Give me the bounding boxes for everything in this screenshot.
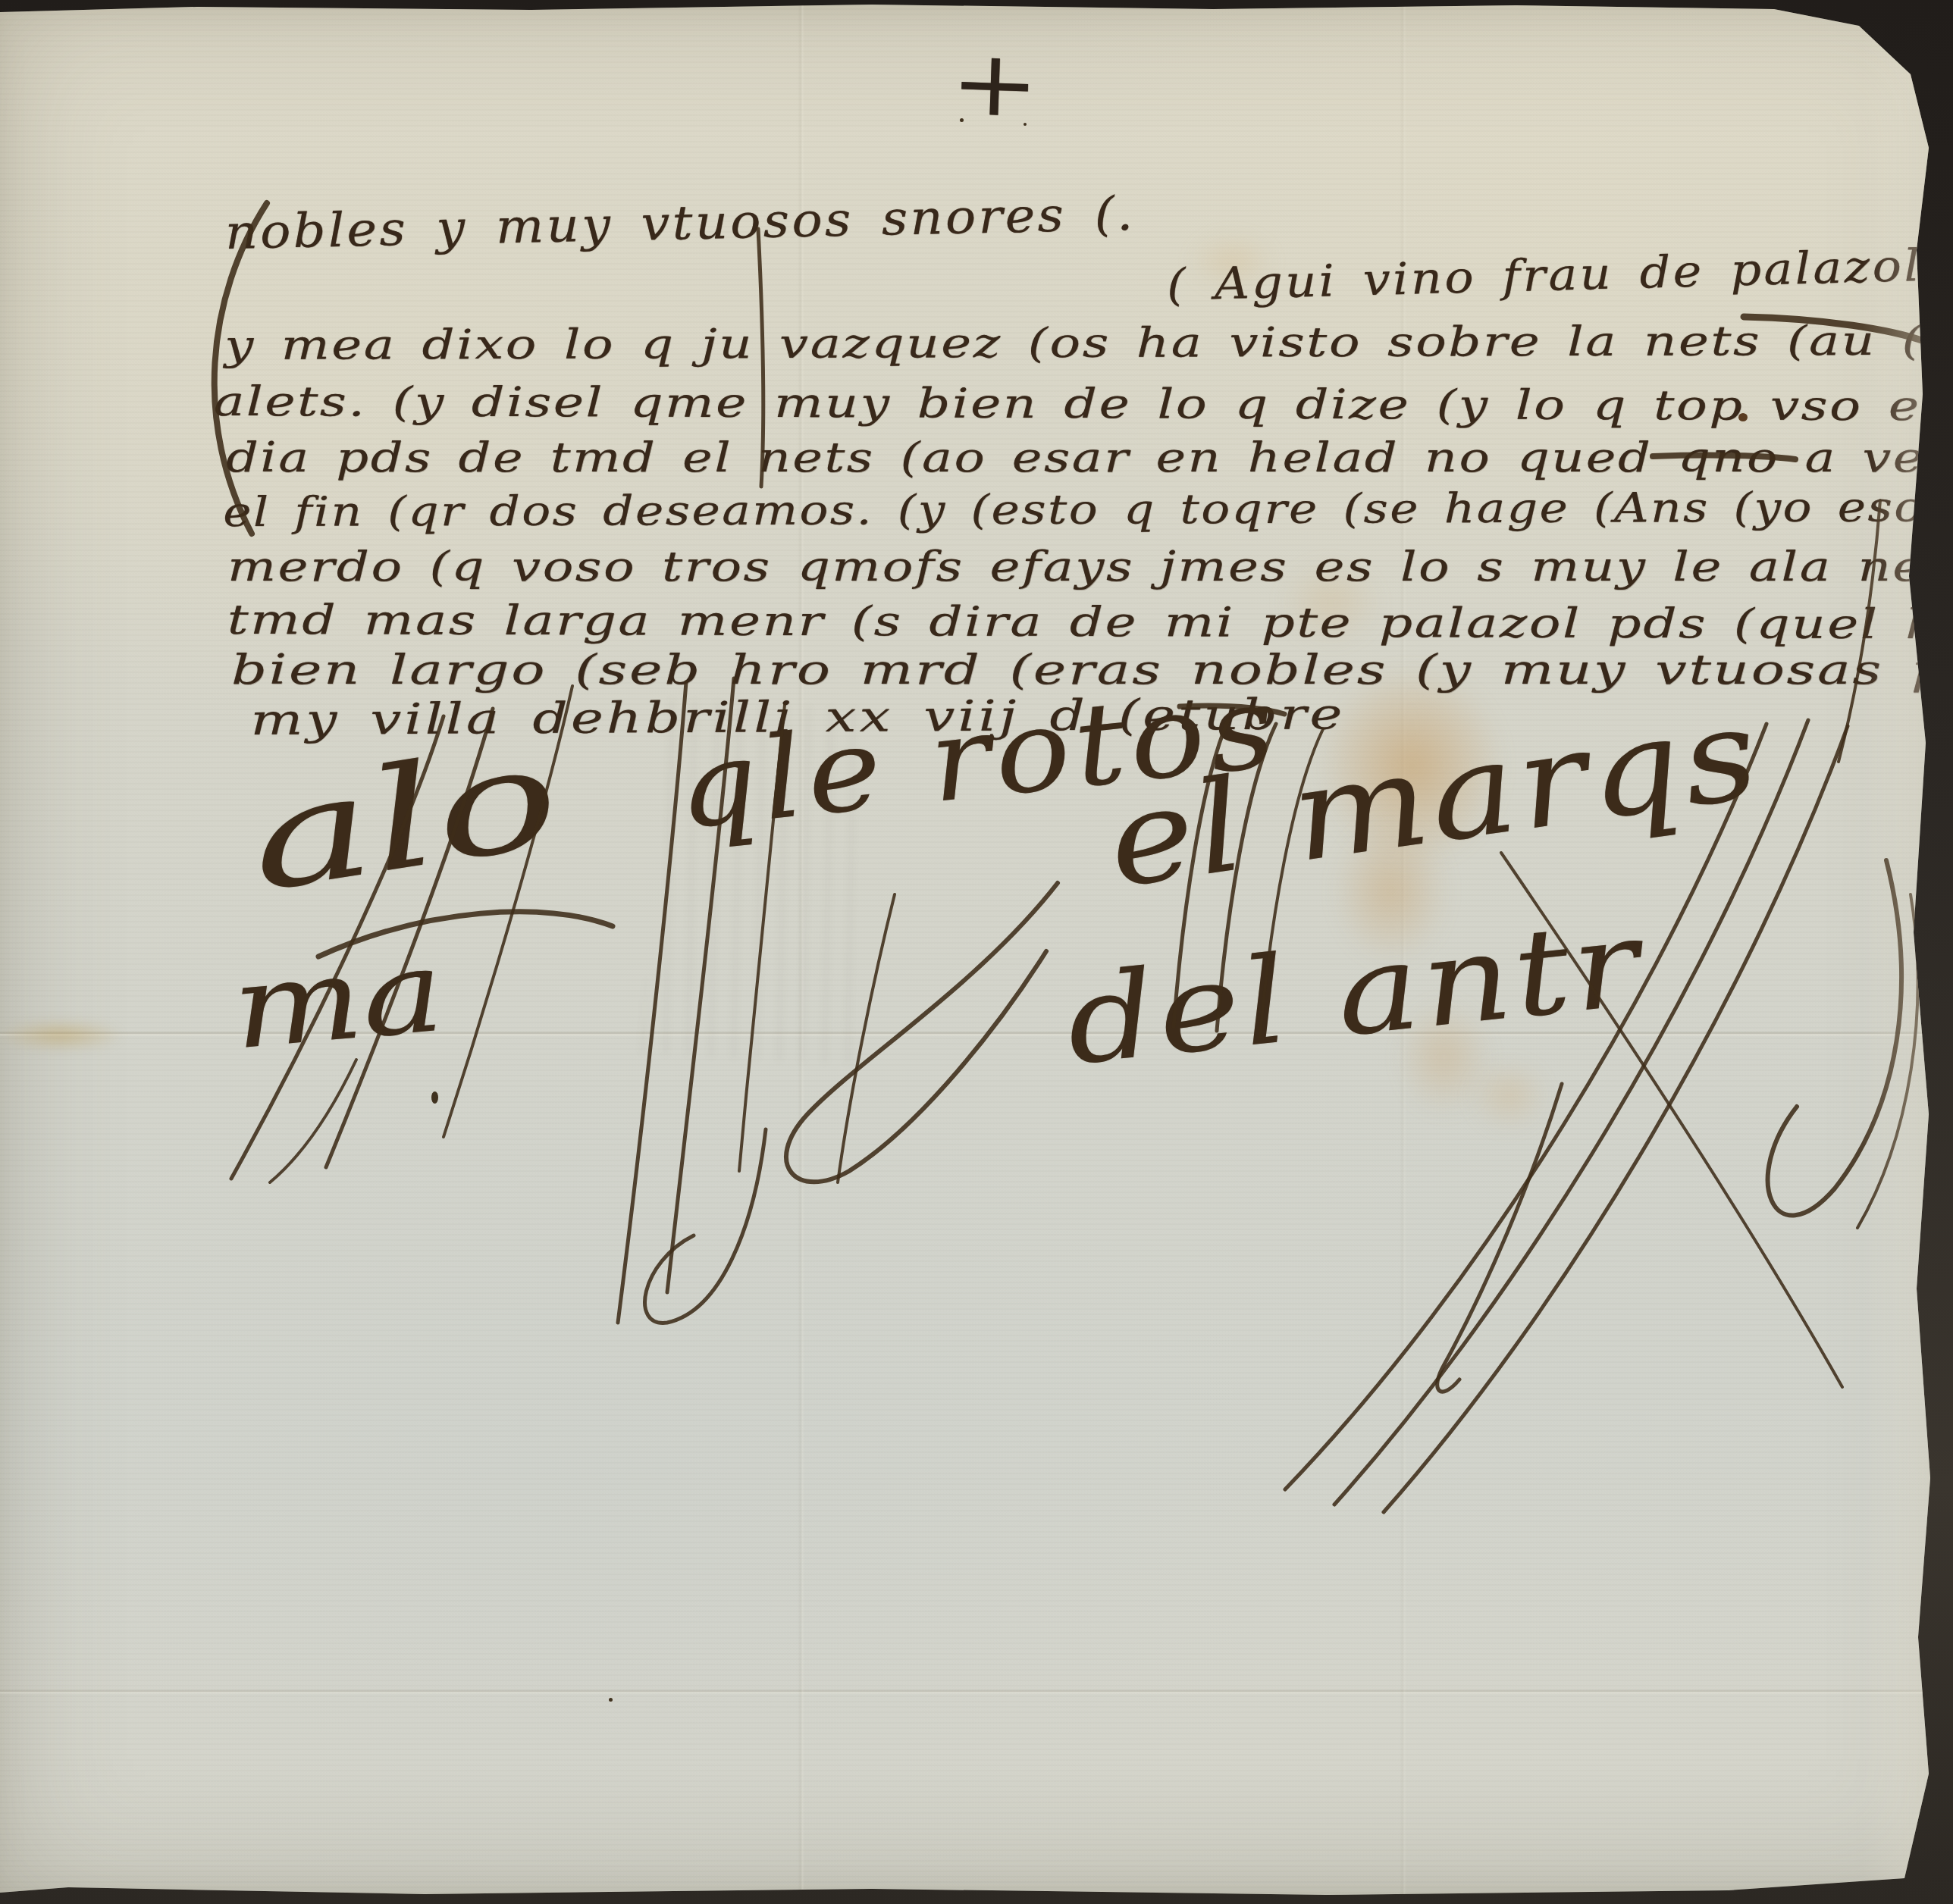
body-line: alets. (y disel qme muy bien de lo q diz… (214, 377, 1953, 431)
invocation-cross: + (948, 30, 1041, 139)
rubric-stroke (1437, 1084, 1562, 1392)
signature-line: del antr (1060, 893, 1649, 1092)
flourish-stroke (618, 682, 686, 1323)
stain (1471, 1061, 1547, 1129)
body-line: merdo (q voso tros qmofs efays jmes es l… (227, 543, 1953, 590)
flourish-stroke (838, 894, 895, 1182)
body-line: y mea dixo lo q ju vazquez (os ha visto … (224, 316, 1953, 369)
vertical-fold-line (798, 0, 804, 1904)
manuscript-page: + nobles y muy vtuosos snores (. ( Agui … (0, 0, 1953, 1904)
farewell-word: alo (239, 713, 569, 923)
ink-speck (431, 1091, 438, 1104)
flourish-stroke (270, 1060, 356, 1182)
rubric-stroke (1857, 894, 1917, 1228)
farewell-word: ma (227, 925, 449, 1076)
flourish-loop-stroke (786, 883, 1058, 1182)
horizontal-fold-line (0, 1689, 1953, 1694)
stain (0, 1020, 121, 1051)
body-line: tmd mas larga menr (s dira de mi pte pal… (227, 596, 1953, 649)
scan-background: + nobles y muy vtuosos snores (. ( Agui … (0, 0, 1953, 1904)
body-line: el fin (qr dos deseamos. (y (esto q toqr… (223, 482, 1953, 536)
ink-speck (609, 1698, 613, 1702)
body-line: dia pds de tmd el nets (ao esar en helad… (226, 434, 1951, 481)
opening-note-line: ( Agui vino frau de palazol (1166, 240, 1923, 311)
flourish-hook-stroke (645, 1129, 766, 1323)
salutation-line: nobles y muy vtuosos snores (. (224, 186, 1136, 260)
rubric-loop-stroke (1768, 860, 1901, 1216)
